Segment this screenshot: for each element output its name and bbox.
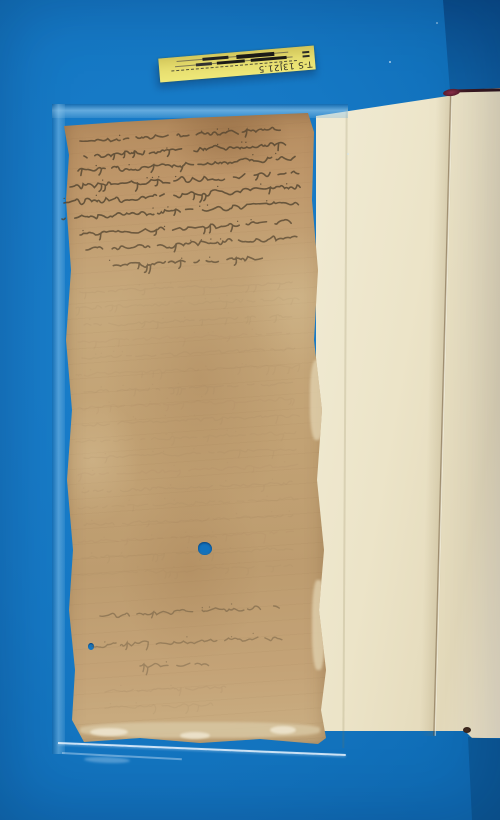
- manuscript-fragment: [60, 110, 330, 746]
- dust-speck: [389, 61, 391, 63]
- pale-patch: [180, 732, 210, 739]
- photograph-canvas: T-S 13J21.5: [0, 0, 500, 820]
- dust-speck: [436, 22, 438, 24]
- fragment-hole: [198, 542, 212, 555]
- fragment-pinhole: [88, 643, 94, 650]
- pale-patch: [90, 728, 128, 736]
- ruler-scale-bar: [196, 63, 212, 67]
- sleeve-reflection-smudge: [84, 756, 130, 764]
- crease-bottom-speck: [463, 727, 471, 733]
- dust-speck: [347, 153, 349, 155]
- pale-patch: [270, 726, 296, 734]
- sleeve-left-edge: [52, 104, 65, 754]
